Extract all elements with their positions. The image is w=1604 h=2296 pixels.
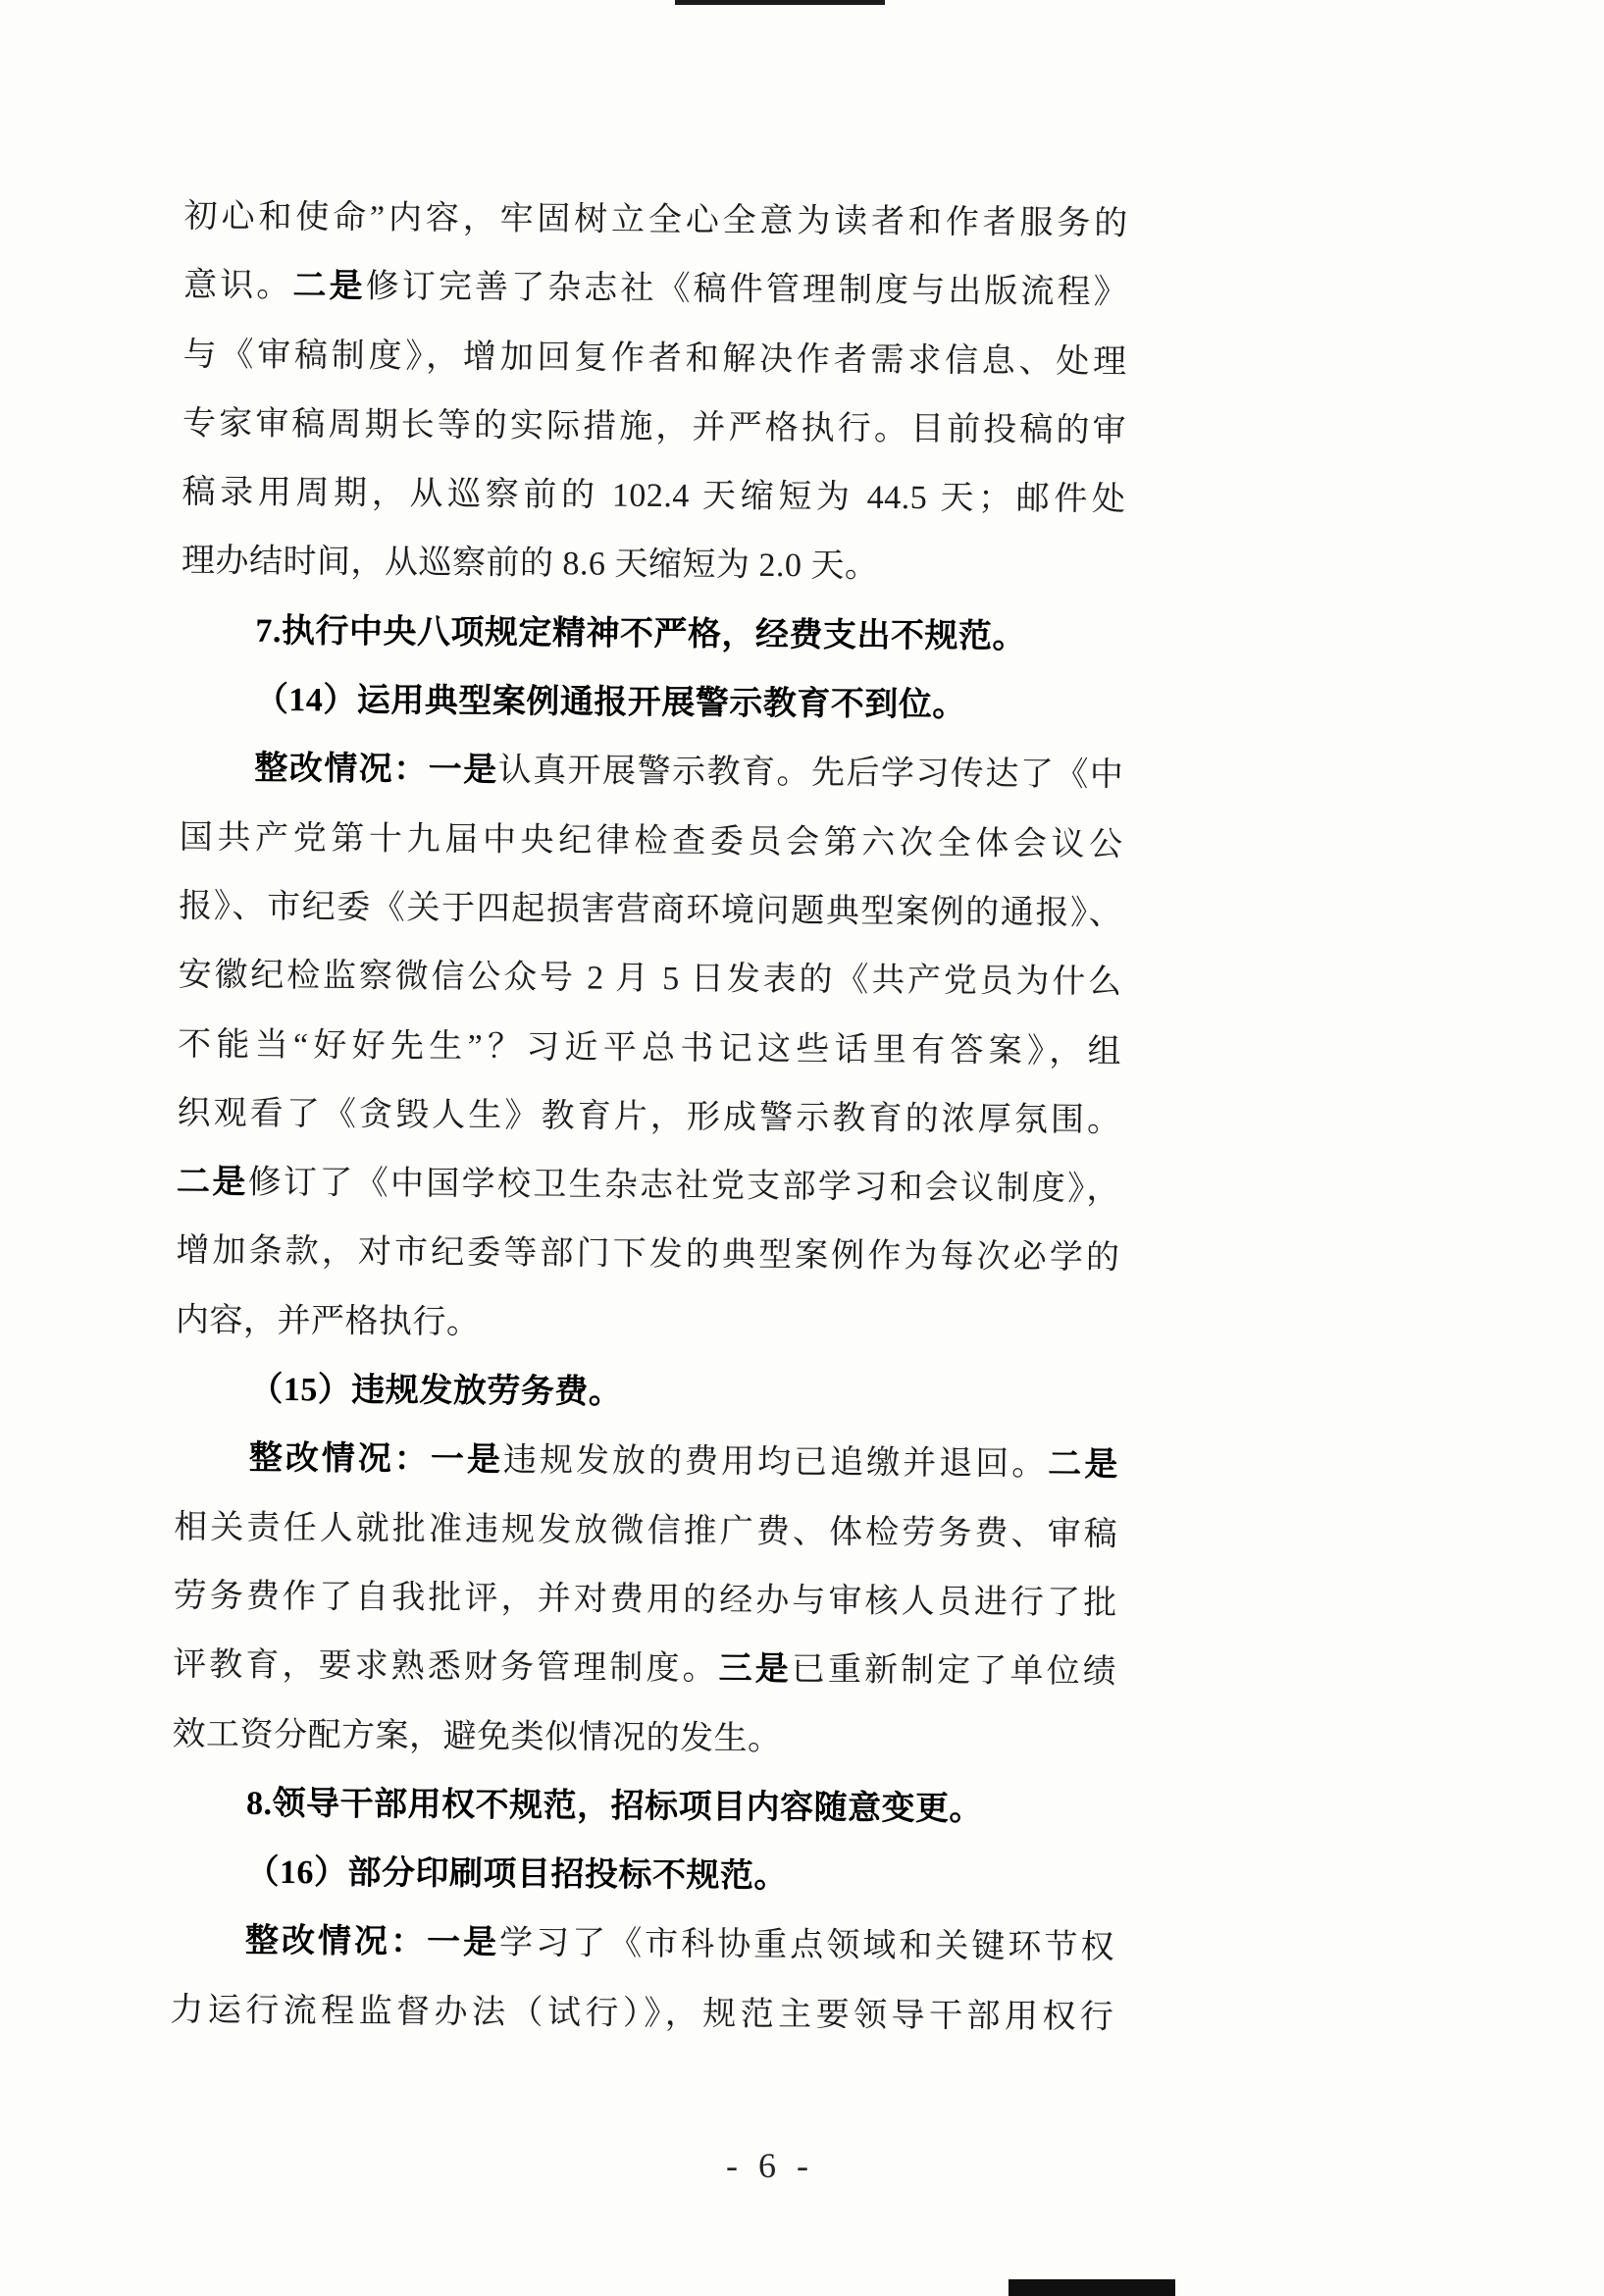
text-line: 意识。二是修订完善了杂志社《稿件管理制度与出版流程》: [183, 252, 1128, 329]
text-segment: 增加条款，对市纪委等部门下发的典型案例作为每次必学的: [176, 1233, 1119, 1278]
text-line: 7.执行中央八项规定精神不严格，经费支出不规范。: [181, 597, 1125, 673]
text-segment: 效工资分配方案，避免类似情况的发生。: [172, 1716, 781, 1757]
text-line: 整改情况：一是违规发放的费用均已追缴并退回。二是: [175, 1425, 1119, 1501]
text-line: （14）运用典型案例通报开展警示教育不到位。: [181, 665, 1125, 742]
bold-text-segment: 7.执行中央八项规定精神不严格，经费支出不规范。: [255, 613, 1026, 655]
text-line: 理办结时间，从巡察前的 8.6 天缩短为 2.0 天。: [181, 528, 1126, 604]
bold-text-segment: 二是: [1048, 1447, 1118, 1485]
text-segment: 与《审稿制度》，增加回复作者和解决作者需求信息、处理: [182, 337, 1126, 381]
text-segment: 已重新制定了单位绩: [792, 1651, 1117, 1691]
text-line: 二是修订了《中国学校卫生杂志社党支部学习和会议制度》，: [177, 1148, 1121, 1225]
scan-artifact-bottom-edge: [1009, 2279, 1175, 2296]
text-segment: 评教育，要求熟悉财务管理制度。: [173, 1646, 719, 1687]
text-line: 评教育，要求熟悉财务管理制度。三是已重新制定了单位绩: [173, 1631, 1117, 1707]
bold-text-segment: 二是: [177, 1164, 248, 1201]
text-line: 专家审稿周期长等的实际措施，并严格执行。目前投稿的审: [182, 390, 1127, 466]
bold-text-segment: 整改情况：一是: [249, 1440, 503, 1479]
text-segment: 安徽纪检监察微信公众号 2 月 5 日发表的《共产党员为什么: [179, 957, 1122, 1001]
document-body: 初心和使命”内容，牢固树立全心全意为读者和作者服务的意识。二是修订完善了杂志社《…: [170, 183, 1128, 2053]
bold-text-segment: 二是: [292, 268, 365, 305]
text-segment: 不能当“好好先生”？习近平总书记这些话里有答案》，组: [178, 1026, 1121, 1070]
text-segment: 国共产党第十九届中央纪律检查委员会第六次全体会议公: [180, 819, 1123, 863]
bold-text-segment: 8.领导干部用权不规范，招标项目内容随意变更。: [246, 1786, 983, 1828]
text-segment: 学习了《市科协重点领域和关键环节权: [499, 1925, 1114, 1966]
text-segment: 认真开展警示教育。先后学习传达了《中: [498, 753, 1124, 794]
text-segment: 稿录用周期，从巡察前的 102.4 天缩短为 44.5 天；邮件处: [181, 474, 1125, 518]
text-segment: 理办结时间，从巡察前的 8.6 天缩短为 2.0 天。: [181, 544, 879, 586]
scanned-document-page: 初心和使命”内容，牢固树立全心全意为读者和作者服务的意识。二是修订完善了杂志社《…: [0, 0, 1604, 2296]
text-segment: 力运行流程监督办法（试行）》，规范主要领导干部用权行: [170, 1992, 1113, 2036]
text-line: 整改情况：一是认真开展警示教育。先后学习传达了《中: [180, 735, 1124, 811]
bold-text-segment: 整改情况：一是: [245, 1923, 499, 1961]
text-segment: 违规发放的费用均已追缴并退回。: [503, 1442, 1049, 1483]
text-segment: 初心和使命”内容，牢固树立全心全意为读者和作者服务的: [184, 198, 1128, 242]
text-line: 增加条款，对市纪委等部门下发的典型案例作为每次必学的: [176, 1218, 1120, 1294]
text-line: 初心和使命”内容，牢固树立全心全意为读者和作者服务的: [183, 183, 1128, 259]
text-line: （15）违规发放劳务费。: [175, 1355, 1119, 1432]
text-line: 国共产党第十九届中央纪律检查委员会第六次全体会议公: [179, 804, 1123, 880]
text-line: 相关责任人就批准违规发放微信推广费、体检劳务费、审稿: [174, 1493, 1118, 1570]
text-line: 内容，并严格执行。: [176, 1286, 1120, 1363]
page-number: - 6 -: [0, 2145, 1540, 2186]
text-line: 效工资分配方案，避免类似情况的发生。: [172, 1700, 1116, 1777]
scan-artifact-top-edge: [675, 0, 885, 5]
bold-text-segment: 三是: [718, 1651, 791, 1689]
text-line: 报》、市纪委《关于四起损害营商环境问题典型案例的通报》、: [179, 872, 1123, 949]
text-segment: 修订了《中国学校卫生杂志社党支部学习和会议制度》，: [248, 1165, 1121, 1208]
text-segment: 相关责任人就批准违规发放微信推广费、体检劳务费、审稿: [174, 1509, 1117, 1553]
bold-text-segment: 整改情况：一是: [254, 751, 498, 789]
text-segment: 报》、市纪委《关于四起损害营商环境问题典型案例的通报》、: [179, 888, 1122, 932]
text-line: 整改情况：一是学习了《市科协重点领域和关键环节权: [171, 1907, 1115, 1984]
text-line: （16）部分印刷项目招投标不规范。: [171, 1838, 1115, 1914]
bold-text-segment: （16）部分印刷项目招投标不规范。: [245, 1854, 788, 1895]
text-line: 力运行流程监督办法（试行）》，规范主要领导干部用权行: [170, 1976, 1114, 2053]
text-line: 8.领导干部用权不规范，招标项目内容随意变更。: [172, 1769, 1116, 1846]
text-segment: 修订完善了杂志社《稿件管理制度与出版流程》: [366, 269, 1128, 311]
text-segment: 织观看了《贪毁人生》教育片，形成警示教育的浓厚氛围。: [177, 1095, 1120, 1139]
text-line: 织观看了《贪毁人生》教育片，形成警示教育的浓厚氛围。: [177, 1079, 1121, 1156]
text-segment: 专家审稿周期长等的实际措施，并严格执行。目前投稿的审: [182, 405, 1126, 449]
text-segment: 劳务费作了自我批评，并对费用的经办与审核人员进行了批: [174, 1578, 1117, 1622]
bold-text-segment: （14）运用典型案例通报开展警示教育不到位。: [255, 682, 966, 724]
text-segment: 意识。: [183, 268, 293, 305]
text-line: 安徽纪检监察微信公众号 2 月 5 日发表的《共产党员为什么: [178, 941, 1122, 1018]
text-line: 劳务费作了自我批评，并对费用的经办与审核人员进行了批: [173, 1562, 1117, 1639]
text-line: 不能当“好好先生”？习近平总书记这些话里有答案》，组: [178, 1011, 1122, 1087]
bold-text-segment: （15）违规发放劳务费。: [249, 1372, 622, 1411]
text-line: 与《审稿制度》，增加回复作者和解决作者需求信息、处理: [182, 321, 1127, 397]
text-segment: 内容，并严格执行。: [176, 1302, 481, 1340]
text-line: 稿录用周期，从巡察前的 102.4 天缩短为 44.5 天；邮件处: [181, 458, 1126, 535]
